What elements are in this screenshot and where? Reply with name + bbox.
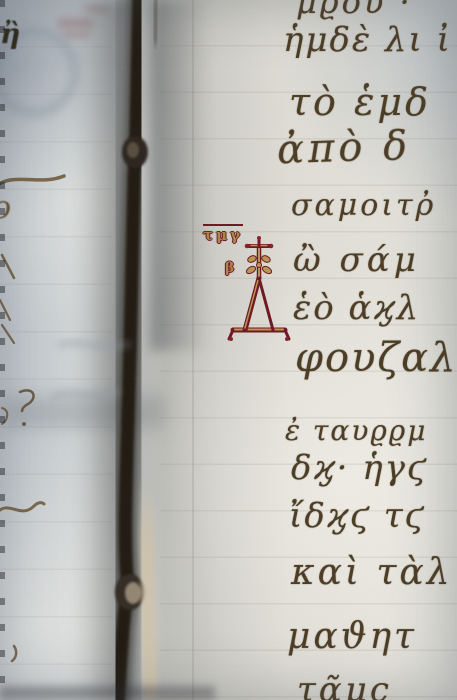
text-line: μαϑητ: [287, 619, 417, 655]
text-line: ἀπὸ δ: [276, 126, 412, 171]
text-line: φουζαλ: [295, 338, 457, 378]
text-line: ἐ ταυϱϱμ: [285, 417, 427, 445]
pen-flourish: [0, 176, 64, 186]
text-line: τᾶμϲ: [297, 673, 392, 700]
text-line: ἴδϗϛ τϛ: [289, 499, 426, 533]
text-line: ἡμδὲ λι ἰ: [283, 23, 452, 57]
text-line: μϱου ·: [296, 0, 413, 18]
tilde-flourish: [0, 503, 44, 514]
ghost-text-line: [60, 343, 128, 347]
film-bottom-smudge: [0, 686, 215, 700]
question-curl-mark: [20, 390, 34, 411]
text-line: ὢ σάμ: [293, 243, 420, 277]
film-edge-speckles: [0, 0, 5, 700]
ornamental-initial-delta-icon: [227, 234, 291, 346]
manuscript-photo: ἢ ο τμγ β μϱου ·: [0, 0, 457, 700]
text-line: τὸ ἑμδ: [289, 83, 431, 121]
text-line: καὶ τὰλ: [291, 555, 453, 591]
text-line: ἑὸ ἁϗλ: [293, 291, 420, 325]
text-line: δϗ· ἡγϛ: [291, 451, 428, 485]
comma-stroke: [12, 646, 16, 661]
ghost-text-line: [55, 392, 118, 396]
text-line: σαμοιτῤ: [291, 191, 436, 221]
ink-dot: [22, 422, 26, 426]
